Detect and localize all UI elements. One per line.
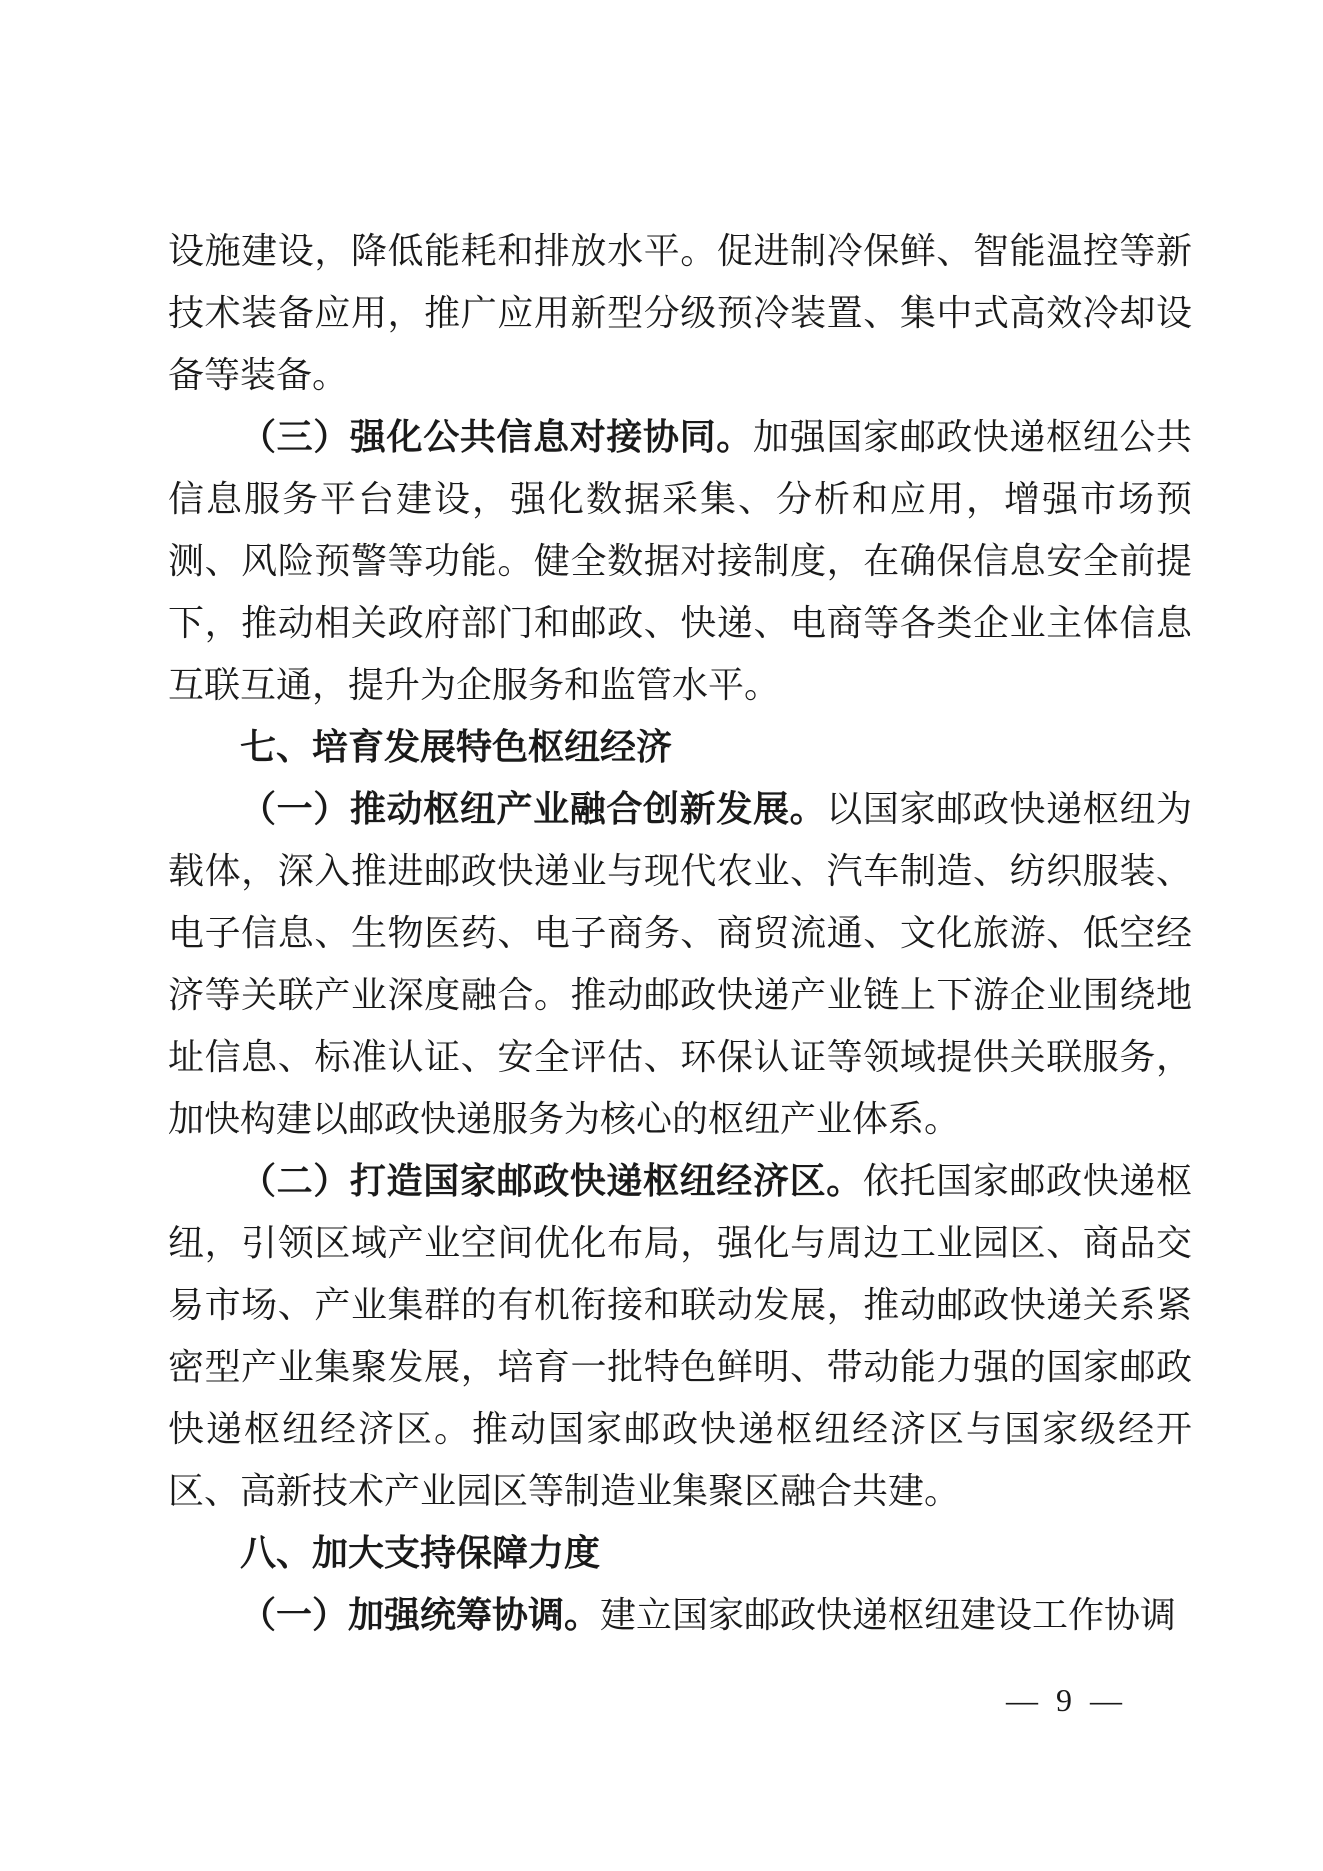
section-heading-text: 七、培育发展特色枢纽经济 (240, 726, 672, 767)
paragraph-text: 以国家邮政快递枢纽为载体，深入推进邮政快递业与现代农业、汽车制造、纺织服装、电子… (168, 789, 1192, 1139)
paragraph: （一）推动枢纽产业融合创新发展。以国家邮政快递枢纽为载体，深入推进邮政快递业与现… (168, 778, 1192, 1150)
paragraph: （三）强化公共信息对接协同。加强国家邮政快递枢纽公共信息服务平台建设，强化数据采… (168, 406, 1192, 716)
paragraph-continuation: 设施建设，降低能耗和排放水平。促进制冷保鲜、智能温控等新技术装备应用，推广应用新… (168, 220, 1192, 406)
paragraph: （一）加强统筹协调。建立国家邮政快递枢纽建设工作协调 (168, 1584, 1192, 1646)
paragraph-lead: （一）推动枢纽产业融合创新发展。 (240, 789, 826, 829)
paragraph-lead: （一）加强统筹协调。 (240, 1595, 600, 1635)
page-number: 9 (1056, 1682, 1072, 1718)
paragraph-lead: （三）强化公共信息对接协同。 (240, 417, 753, 457)
paragraph-text: 加强国家邮政快递枢纽公共信息服务平台建设，强化数据采集、分析和应用，增强市场预测… (168, 417, 1192, 705)
document-page: 设施建设，降低能耗和排放水平。促进制冷保鲜、智能温控等新技术装备应用，推广应用新… (0, 0, 1323, 1871)
paragraph-text: 设施建设，降低能耗和排放水平。促进制冷保鲜、智能温控等新技术装备应用，推广应用新… (168, 231, 1192, 395)
section-heading-text: 八、加大支持保障力度 (240, 1532, 600, 1573)
paragraph-lead: （二）打造国家邮政快递枢纽经济区。 (240, 1161, 863, 1201)
footer-dash-left: — (1006, 1682, 1038, 1718)
paragraph-text: 依托国家邮政快递枢纽，引领区域产业空间优化布局，强化与周边工业园区、商品交易市场… (168, 1161, 1192, 1511)
footer-dash-right: — (1090, 1682, 1122, 1718)
paragraph-text: 建立国家邮政快递枢纽建设工作协调 (600, 1595, 1176, 1635)
document-body: 设施建设，降低能耗和排放水平。促进制冷保鲜、智能温控等新技术装备应用，推广应用新… (168, 220, 1192, 1646)
paragraph: （二）打造国家邮政快递枢纽经济区。依托国家邮政快递枢纽，引领区域产业空间优化布局… (168, 1150, 1192, 1522)
page-footer: —9— (1006, 1682, 1122, 1718)
section-heading: 八、加大支持保障力度 (168, 1522, 1192, 1584)
section-heading: 七、培育发展特色枢纽经济 (168, 716, 1192, 778)
